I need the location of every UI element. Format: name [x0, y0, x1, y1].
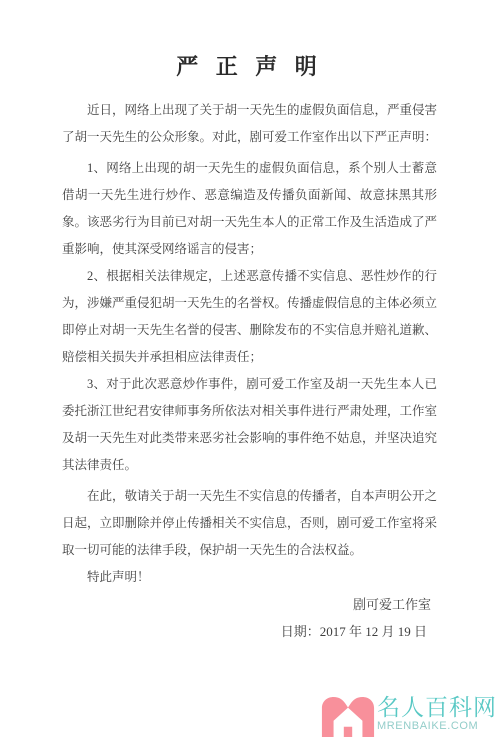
statement-document: 严 正 声 明 近日，网络上出现了关于胡一天先生的虚假负面信息，严重侵害了胡一天…: [62, 50, 437, 646]
mrenbaike-house-m-logo-icon: [321, 696, 375, 737]
item-1-paragraph: 1、网络上出现的胡一天先生的虚假负面信息，系个别人士蓄意借胡一天先生进行炒作、恶…: [62, 155, 437, 263]
hereby-declaration: 特此声明！: [62, 564, 437, 591]
date-line: 日期：2017 年 12 月 19 日: [62, 618, 437, 646]
statement-title: 严 正 声 明: [62, 50, 437, 81]
item-3-paragraph: 3、对于此次恶意炒作事件，剧可爱工作室及胡一天先生本人已委托浙江世纪君安律师事务…: [62, 371, 437, 479]
signature-studio-name: 剧可爱工作室: [62, 591, 437, 618]
item-2-paragraph: 2、根据相关法律规定，上述恶意传播不实信息、恶性炒作的行为，涉嫌严重侵犯胡一天先…: [62, 263, 437, 371]
statement-page: 严 正 声 明 近日，网络上出现了关于胡一天先生的虚假负面信息，严重侵害了胡一天…: [0, 0, 500, 740]
intro-paragraph: 近日，网络上出现了关于胡一天先生的虚假负面信息，严重侵害了胡一天先生的公众形象。…: [62, 97, 437, 151]
closing-paragraph: 在此，敬请关于胡一天先生不实信息的传播者，自本声明公开之日起，立即删除并停止传播…: [62, 483, 437, 564]
watermark-site-name: 名人百科网: [377, 695, 497, 720]
watermark-text: 名人百科网 MRENBAIKE.COM: [377, 695, 497, 733]
watermark-site-domain: MRENBAIKE.COM: [377, 720, 497, 733]
watermark: 名人百科网 MRENBAIKE.COM: [321, 695, 497, 737]
